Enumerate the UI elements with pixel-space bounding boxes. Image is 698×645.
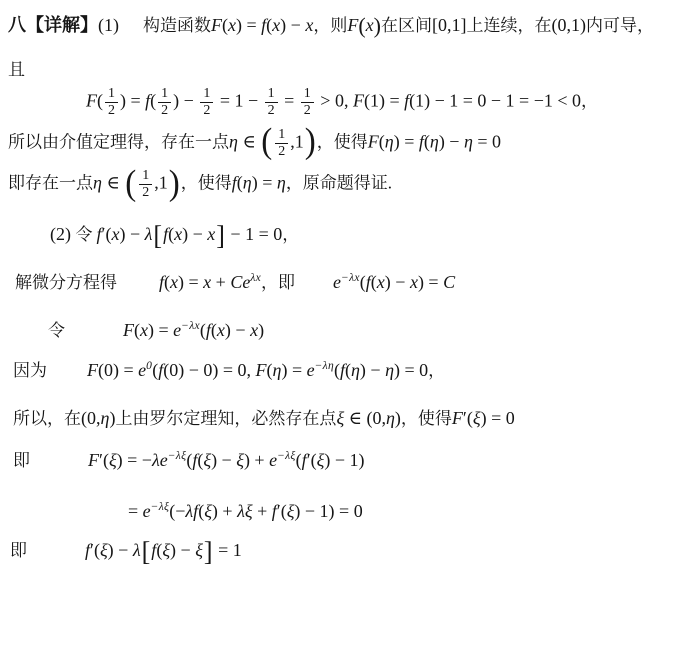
fraction: 12 xyxy=(158,86,171,119)
math-variable: η xyxy=(229,131,238,151)
text-run: 即存在一点 xyxy=(8,173,93,192)
math-variable: Ce xyxy=(230,272,250,292)
math-variable: ξ xyxy=(336,408,344,428)
superscript: −λx xyxy=(341,272,360,284)
math-roman: = 0 xyxy=(473,131,501,151)
math-variable: e xyxy=(173,320,181,340)
math-roman: ′( xyxy=(99,450,109,470)
math-roman: ′( xyxy=(102,224,112,244)
fraction-denominator: 2 xyxy=(301,103,314,119)
math-roman: ∈ xyxy=(238,131,260,151)
fraction-numerator: 1 xyxy=(200,86,213,103)
text-run: 因为 xyxy=(13,361,47,380)
math-variable: F xyxy=(368,131,379,151)
math-roman: ,1 xyxy=(290,131,304,151)
fraction: 12 xyxy=(200,86,213,119)
fraction-denominator: 2 xyxy=(105,103,118,119)
math-variable: η xyxy=(464,131,473,151)
text-run: ，原命题得证. xyxy=(286,173,392,192)
math-roman: (0, xyxy=(81,408,101,428)
delimiter: ) xyxy=(374,13,381,38)
math-variable: x xyxy=(272,15,280,35)
math-roman: ) xyxy=(258,320,264,340)
math-roman: ′( xyxy=(307,450,317,470)
text-run: 上连续，在 xyxy=(466,16,551,35)
text-run: ，使得 xyxy=(317,132,368,151)
math-variable: λf xyxy=(185,501,198,521)
math-variable: η xyxy=(351,360,360,380)
math-line-value-comparison-formula: F(12) = f(12) − 12 = 1 − 12 = 12 > 0, F(… xyxy=(8,86,692,119)
math-roman: ) − 1) = 0 xyxy=(294,501,362,521)
math-roman: (0) = xyxy=(98,360,138,380)
math-line-part2-equation: (2) 令f′(x) − λ[f(x) − x] − 1 = 0， xyxy=(8,223,692,249)
big-delimiter: [ xyxy=(142,538,151,565)
spacer xyxy=(117,287,159,288)
math-line-define-F: 令F(x) = e−λx(f(x) − x) xyxy=(8,319,692,342)
math-roman: (1) − 1 = 0 − 1 = −1 < 0 xyxy=(409,90,581,110)
math-variable: F xyxy=(347,15,358,35)
math-variable: F xyxy=(123,320,134,340)
math-variable: η xyxy=(243,172,252,192)
text-run: 上由罗尔定理知，必然存在点 xyxy=(115,409,336,428)
math-line-solve-ode: 解微分方程得f(x) = x + Ceλx，即e−λx(f(x) − x) = … xyxy=(8,271,692,294)
math-line-derivative-simplified: = e−λξ(−λf(ξ) + λξ + f′(ξ) − 1) = 0 xyxy=(8,500,692,523)
solution-body: 八【详解】(1)构造函数F(x) = f(x) − x，则F(x)在区间[0,1… xyxy=(8,12,692,565)
text-run: 所以由介值定理得，存在一点 xyxy=(8,132,229,151)
superscript: −λη xyxy=(315,360,334,372)
math-variable: η xyxy=(277,172,286,192)
fraction-numerator: 1 xyxy=(139,168,152,185)
fraction-numerator: 1 xyxy=(158,86,171,103)
superscript: −λξ xyxy=(168,450,187,462)
math-variable: F xyxy=(353,90,364,110)
fraction: 12 xyxy=(301,86,314,119)
spacer xyxy=(119,30,143,31)
math-roman: ) − xyxy=(170,540,195,560)
big-delimiter: ( xyxy=(261,127,272,159)
math-line-because-values: 因为F(0) = e0(f(0) − 0) = 0, F(η) = e−λη(f… xyxy=(8,359,692,382)
math-roman: ) − xyxy=(225,320,250,340)
math-roman: ) − xyxy=(182,224,207,244)
text-run: ，即 xyxy=(261,273,295,292)
math-variable: x xyxy=(203,272,211,292)
math-variable: x xyxy=(228,15,236,35)
math-variable: ξ xyxy=(204,501,212,521)
fraction-denominator: 2 xyxy=(275,144,288,160)
math-variable: x xyxy=(366,15,374,35)
text-run: ，使得 xyxy=(401,409,452,428)
text-run: 且 xyxy=(8,60,25,79)
superscript: −λξ xyxy=(277,450,296,462)
text-run: 令 xyxy=(48,321,65,340)
math-line-intermediate-value-theorem: 所以由介值定理得，存在一点η ∈ (12,1)，使得F(η) = f(η) − … xyxy=(8,127,692,160)
math-variable: λ xyxy=(133,540,141,560)
math-roman: + xyxy=(253,501,272,521)
math-variable: ξ xyxy=(162,540,170,560)
math-roman: (0) − 0) = 0, xyxy=(163,360,255,380)
superscript: −λξ xyxy=(151,501,170,513)
math-roman: ∈ xyxy=(102,172,124,192)
superscript: λx xyxy=(250,272,261,284)
text-run: 解微分方程得 xyxy=(15,273,117,292)
math-roman: ) − xyxy=(385,272,410,292)
math-variable: x xyxy=(170,272,178,292)
math-roman: ′( xyxy=(463,408,473,428)
math-line-final-conclusion: 即f′(ξ) − λ[f(ξ) − ξ] = 1 xyxy=(8,539,692,565)
math-roman: ) − xyxy=(108,540,133,560)
text-run: ， xyxy=(428,361,445,380)
math-variable: η xyxy=(385,131,394,151)
big-delimiter: ] xyxy=(216,222,225,249)
fraction-denominator: 2 xyxy=(158,103,171,119)
math-roman: ) = xyxy=(394,131,419,151)
spacer xyxy=(295,287,333,288)
math-roman: ) = xyxy=(178,272,203,292)
math-roman: ) − xyxy=(439,131,464,151)
math-variable: ξ xyxy=(195,540,203,560)
math-roman: ) + xyxy=(244,450,269,470)
spacer xyxy=(30,465,88,466)
math-roman: ,1 xyxy=(154,172,168,192)
math-variable: λe xyxy=(152,450,168,470)
superscript: 0 xyxy=(146,360,152,372)
fraction-denominator: 2 xyxy=(200,103,213,119)
math-variable: F xyxy=(87,360,98,380)
text-run: ，使得 xyxy=(181,173,232,192)
math-line-qie: 且 xyxy=(8,59,692,81)
math-variable: F xyxy=(211,15,222,35)
math-variable: x xyxy=(250,320,258,340)
big-delimiter: ( xyxy=(125,168,136,200)
math-roman: ) − xyxy=(211,450,236,470)
math-roman: ∈ (0, xyxy=(344,408,386,428)
math-roman: ( xyxy=(150,90,156,110)
text-run: ， xyxy=(581,91,598,110)
math-roman: ( xyxy=(97,90,103,110)
math-roman: ) − xyxy=(173,90,198,110)
math-variable: x xyxy=(174,224,182,244)
math-roman: = xyxy=(280,90,299,110)
math-variable: e xyxy=(143,501,151,521)
math-roman: (1) = xyxy=(364,90,404,110)
math-roman: = xyxy=(128,501,143,521)
math-variable: F xyxy=(256,360,267,380)
math-variable: e xyxy=(333,272,341,292)
math-variable: e xyxy=(269,450,277,470)
math-variable: e xyxy=(307,360,315,380)
math-variable: η xyxy=(385,360,394,380)
math-roman: > 0, xyxy=(316,90,353,110)
math-roman: ′( xyxy=(277,501,287,521)
math-variable: ξ xyxy=(100,540,108,560)
math-variable: x xyxy=(217,320,225,340)
math-variable: F xyxy=(86,90,97,110)
fraction: 12 xyxy=(265,86,278,119)
math-variable: x xyxy=(140,320,148,340)
math-variable: C xyxy=(443,272,455,292)
fraction: 12 xyxy=(105,86,118,119)
big-delimiter: ] xyxy=(204,538,213,565)
math-roman: (2) xyxy=(50,224,76,244)
bold-label: 八【详解】 xyxy=(8,15,98,35)
math-roman: (1) xyxy=(98,15,119,35)
math-roman: ) − xyxy=(119,224,144,244)
math-roman: ) = 0 xyxy=(394,360,428,380)
math-roman: ) = xyxy=(236,15,261,35)
math-roman: (0,1) xyxy=(551,15,586,35)
fraction: 12 xyxy=(139,168,152,201)
math-roman: ) − 1) xyxy=(324,450,364,470)
fraction-denominator: 2 xyxy=(139,185,152,201)
math-variable: η xyxy=(386,408,395,428)
math-variable: ξ xyxy=(109,450,117,470)
math-line-rolle-theorem: 所以，在(0,η)上由罗尔定理知，必然存在点ξ ∈ (0,η)，使得F′(ξ) … xyxy=(8,407,692,430)
math-roman: ) = xyxy=(252,172,277,192)
big-delimiter: [ xyxy=(153,222,162,249)
fraction-denominator: 2 xyxy=(265,103,278,119)
math-roman: ) = 0 xyxy=(481,408,515,428)
fraction-numerator: 1 xyxy=(275,127,288,144)
math-roman: ) = xyxy=(148,320,173,340)
math-variable: F xyxy=(452,408,463,428)
text-run: 即 xyxy=(10,541,27,560)
math-line-derivative-expansion: 即F′(ξ) = −λe−λξ(f(ξ) − ξ) + e−λξ(f′(ξ) −… xyxy=(8,449,692,472)
math-roman: ) = xyxy=(418,272,443,292)
math-roman: ) + xyxy=(212,501,237,521)
math-roman: (− xyxy=(169,501,185,521)
math-roman: = 1 xyxy=(214,540,242,560)
math-roman: ) = − xyxy=(117,450,152,470)
solution-page: 八【详解】(1)构造函数F(x) = f(x) − x，则F(x)在区间[0,1… xyxy=(0,0,698,645)
spacer xyxy=(47,375,87,376)
math-variable: e xyxy=(138,360,146,380)
math-variable: x xyxy=(410,272,418,292)
text-run: ，则 xyxy=(313,16,347,35)
math-roman: [0,1] xyxy=(432,15,467,35)
text-run: 在区间 xyxy=(381,16,432,35)
fraction-numerator: 1 xyxy=(105,86,118,103)
math-roman: + xyxy=(211,272,230,292)
text-run: 内可导， xyxy=(586,16,654,35)
math-variable: F xyxy=(88,450,99,470)
math-roman: ) − xyxy=(280,15,305,35)
fraction-numerator: 1 xyxy=(265,86,278,103)
big-delimiter: ) xyxy=(305,127,316,159)
math-variable: x xyxy=(207,224,215,244)
math-roman: ) − xyxy=(360,360,385,380)
math-variable: η xyxy=(430,131,439,151)
math-variable: λξ xyxy=(237,501,253,521)
text-run: 所以，在 xyxy=(13,409,81,428)
fraction-numerator: 1 xyxy=(301,86,314,103)
text-run: ， xyxy=(282,225,299,244)
math-roman: − 1 = 0 xyxy=(226,224,282,244)
text-run: 令 xyxy=(76,225,93,244)
math-line-heading-and-setup: 八【详解】(1)构造函数F(x) = f(x) − x，则F(x)在区间[0,1… xyxy=(8,12,692,40)
text-run: 即 xyxy=(13,451,30,470)
math-variable: ξ xyxy=(236,450,244,470)
big-delimiter: ) xyxy=(169,168,180,200)
fraction: 12 xyxy=(275,127,288,160)
math-roman: ′( xyxy=(90,540,100,560)
math-line-conclusion-part1: 即存在一点η ∈ (12,1)，使得f(η) = η，原命题得证. xyxy=(8,168,692,201)
math-roman: ) = xyxy=(281,360,306,380)
spacer xyxy=(65,335,123,336)
math-variable: ξ xyxy=(473,408,481,428)
math-roman: = 1 − xyxy=(215,90,262,110)
spacer xyxy=(27,555,85,556)
math-variable: ξ xyxy=(203,450,211,470)
text-run: 构造函数 xyxy=(143,16,211,35)
delimiter: ( xyxy=(358,13,365,38)
math-variable: λ xyxy=(145,224,153,244)
math-variable: η xyxy=(93,172,102,192)
math-variable: x xyxy=(377,272,385,292)
math-roman: ) = xyxy=(120,90,145,110)
superscript: −λx xyxy=(181,320,200,332)
